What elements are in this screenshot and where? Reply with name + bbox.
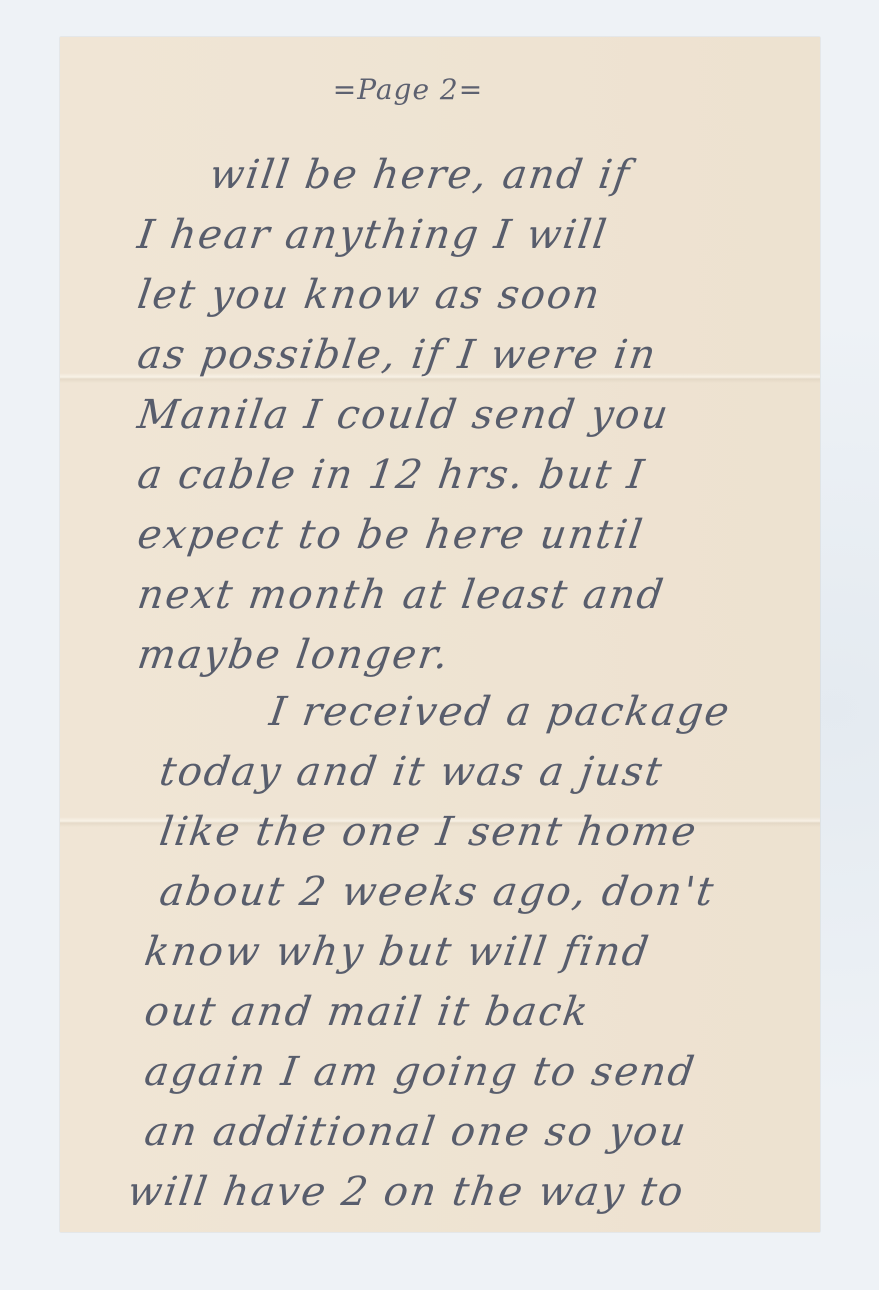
handwritten-line: today and it was a just xyxy=(157,752,666,792)
handwritten-line: as possible, if I were in xyxy=(135,335,660,375)
handwritten-line: a cable in 12 hrs. but I xyxy=(135,455,648,495)
handwritten-line: again I am going to send xyxy=(142,1052,698,1092)
handwritten-line: know why but will find xyxy=(142,932,652,972)
handwritten-line: Manila I could send you xyxy=(135,395,672,435)
handwritten-line: I received a package xyxy=(267,692,733,732)
handwritten-line: expect to be here until xyxy=(135,515,646,555)
handwritten-line: will have 2 on the way to xyxy=(125,1172,687,1212)
handwritten-line: will be here, and if xyxy=(207,155,633,195)
handwritten-line: out and mail it back xyxy=(142,992,592,1032)
letter-page: =Page 2= will be here, and if I hear any… xyxy=(60,37,820,1232)
letter-body: will be here, and if I hear anything I w… xyxy=(60,37,820,1232)
handwritten-line: I hear anything I will xyxy=(135,215,610,255)
handwritten-line: an additional one so you xyxy=(142,1112,690,1152)
handwritten-line: like the one I sent home xyxy=(157,812,700,852)
handwritten-line: about 2 weeks ago, don't xyxy=(157,872,717,912)
handwritten-line: maybe longer. xyxy=(135,635,452,675)
handwritten-line: next month at least and xyxy=(135,575,667,615)
handwritten-line: let you know as soon xyxy=(135,275,604,315)
